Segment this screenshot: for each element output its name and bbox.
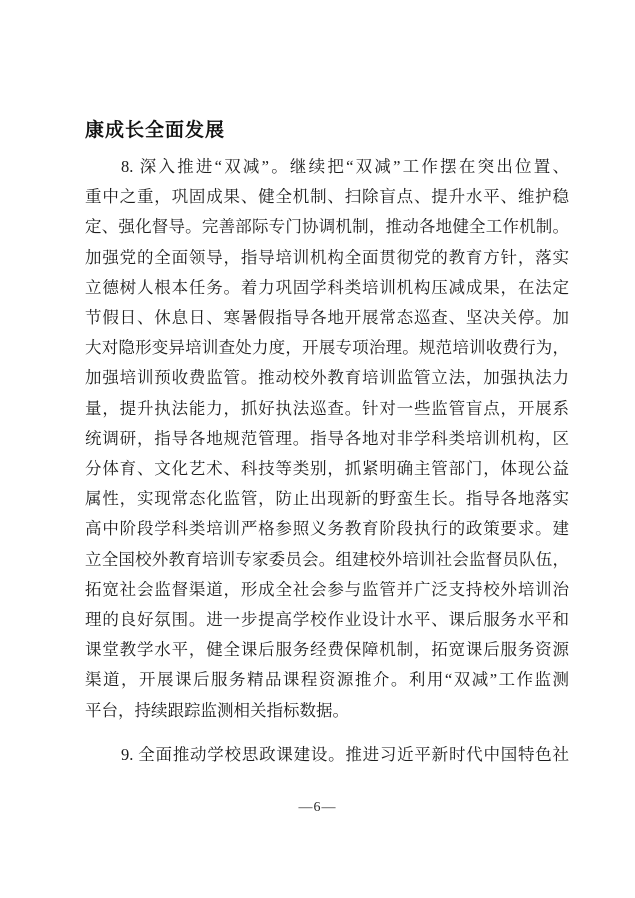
text-line: 大对隐形变异培训查处力度，开展专项治理。规范培训收费行为， — [85, 333, 569, 363]
text-line: 加强培训预收费监管。推动校外教育培训监管立法，加强执法力 — [85, 363, 569, 393]
text-line: 拓宽社会监督渠道，形成全社会参与监管并广泛支持校外培训治 — [85, 575, 569, 605]
section-heading: 康成长全面发展 — [85, 118, 569, 144]
text-line: 统调研，指导各地规范管理。指导各地对非学科类培训机构，区 — [85, 424, 569, 454]
text-line: 渠道，开展课后服务精品课程资源推介。利用“双减”工作监测 — [85, 665, 569, 695]
document-page: 康成长全面发展 8. 深入推进“双减”。继续把“双减”工作摆在突出位置、 重中之… — [0, 0, 635, 898]
text-line: 量，提升执法能力，抓好执法巡查。针对一些监管盲点，开展系 — [85, 394, 569, 424]
text-line: 分体育、文化艺术、科技等类别，抓紧明确主管部门，体现公益 — [85, 454, 569, 484]
text-line: 加强党的全面领导，指导培训机构全面贯彻党的教育方针，落实 — [85, 243, 569, 273]
text-line: 属性，实现常态化监管，防止出现新的野蛮生长。指导各地落实 — [85, 484, 569, 514]
text-line: 节假日、休息日、寒暑假指导各地开展常态巡查、坚决关停。加 — [85, 303, 569, 333]
text-line: 课堂教学水平，健全课后服务经费保障机制，拓宽课后服务资源 — [85, 635, 569, 665]
page-body: 康成长全面发展 8. 深入推进“双减”。继续把“双减”工作摆在突出位置、 重中之… — [85, 118, 569, 770]
text-line: 8. 深入推进“双减”。继续把“双减”工作摆在突出位置、 — [85, 152, 569, 182]
paragraph-8: 8. 深入推进“双减”。继续把“双减”工作摆在突出位置、 重中之重，巩固成果、健… — [85, 152, 569, 726]
page-number: —6— — [0, 800, 635, 816]
text-line: 定、强化督导。完善部际专门协调机制，推动各地健全工作机制。 — [85, 212, 569, 242]
text-line: 立全国校外教育培训专家委员会。组建校外培训社会监督员队伍， — [85, 545, 569, 575]
text-line: 理的良好氛围。进一步提高学校作业设计水平、课后服务水平和 — [85, 605, 569, 635]
text-line: 重中之重，巩固成果、健全机制、扫除盲点、提升水平、维护稳 — [85, 182, 569, 212]
text-line: 高中阶段学科类培训严格参照义务教育阶段执行的政策要求。建 — [85, 514, 569, 544]
paragraph-9: 9. 全面推动学校思政课建设。推进习近平新时代中国特色社 — [85, 740, 569, 770]
text-line: 立德树人根本任务。着力巩固学科类培训机构压减成果，在法定 — [85, 273, 569, 303]
text-line: 平台，持续跟踪监测相关指标数据。 — [85, 696, 569, 726]
text-line: 9. 全面推动学校思政课建设。推进习近平新时代中国特色社 — [85, 740, 569, 770]
